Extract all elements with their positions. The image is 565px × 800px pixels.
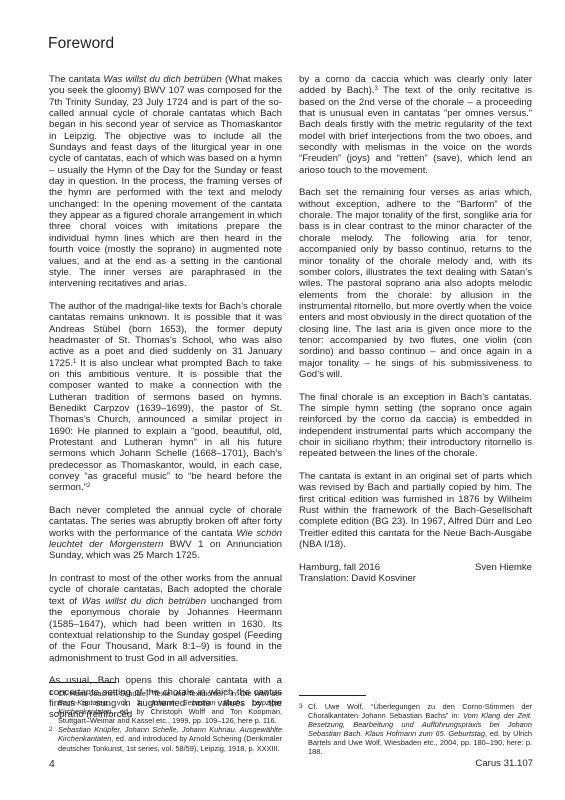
paragraph-intro: The cantata Was willst du dich betrüben … (49, 74, 282, 290)
paragraph-author: The author of the madrigal-like texts fo… (49, 301, 282, 494)
paragraph-final-chorale: The final chorale is an exception in Bac… (299, 392, 532, 460)
footnotes-right: 3 Cf. Uwe Wolf, “Überlegungen zu den Cor… (299, 695, 532, 757)
footnote-number: 1 (49, 689, 58, 725)
page-title: Foreword (48, 35, 114, 53)
footnote-number: 2 (49, 725, 58, 752)
paragraph-recitative: by a corno da caccia which was clearly o… (299, 74, 532, 176)
footnotes-left: 1 Cf. Hans-Joachim Schulze, “Texte und T… (49, 682, 282, 753)
translator-credit: Translation: David Kosviner (299, 573, 532, 584)
footnote-number: 3 (299, 702, 308, 757)
page-number: 4 (49, 758, 55, 770)
right-column: by a corno da caccia which was clearly o… (299, 74, 532, 584)
paragraph-cycle: Bach never completed the annual cycle of… (49, 505, 282, 562)
signature-line: Hamburg, fall 2016 Sven Hiemke (299, 562, 532, 573)
place-date: Hamburg, fall 2016 (299, 562, 380, 573)
paragraph-arias: Bach set the remaining four verses as ar… (299, 187, 532, 380)
paragraph-chorale-text: In contrast to most of the other works f… (49, 573, 282, 664)
footnote-ref-2[interactable]: 2 (87, 483, 90, 489)
work-title: Was willst du dich betrüben (82, 596, 206, 607)
paragraph-sources: The cantata is extant in an original set… (299, 471, 532, 550)
work-title: Was willst du dich betrüben (103, 74, 222, 85)
left-column: The cantata Was willst du dich betrüben … (49, 74, 282, 732)
footnote-divider (49, 682, 116, 683)
catalog-number: Carus 31.107 (475, 758, 533, 769)
author-name: Sven Hiemke (475, 562, 532, 573)
footnote-2: 2 Sebastian Knüpfer, Johann Schelle, Joh… (49, 725, 282, 752)
footnote-divider (299, 695, 366, 696)
footnote-3: 3 Cf. Uwe Wolf, “Überlegungen zu den Cor… (299, 702, 532, 757)
footnote-1: 1 Cf. Hans-Joachim Schulze, “Texte und T… (49, 689, 282, 725)
